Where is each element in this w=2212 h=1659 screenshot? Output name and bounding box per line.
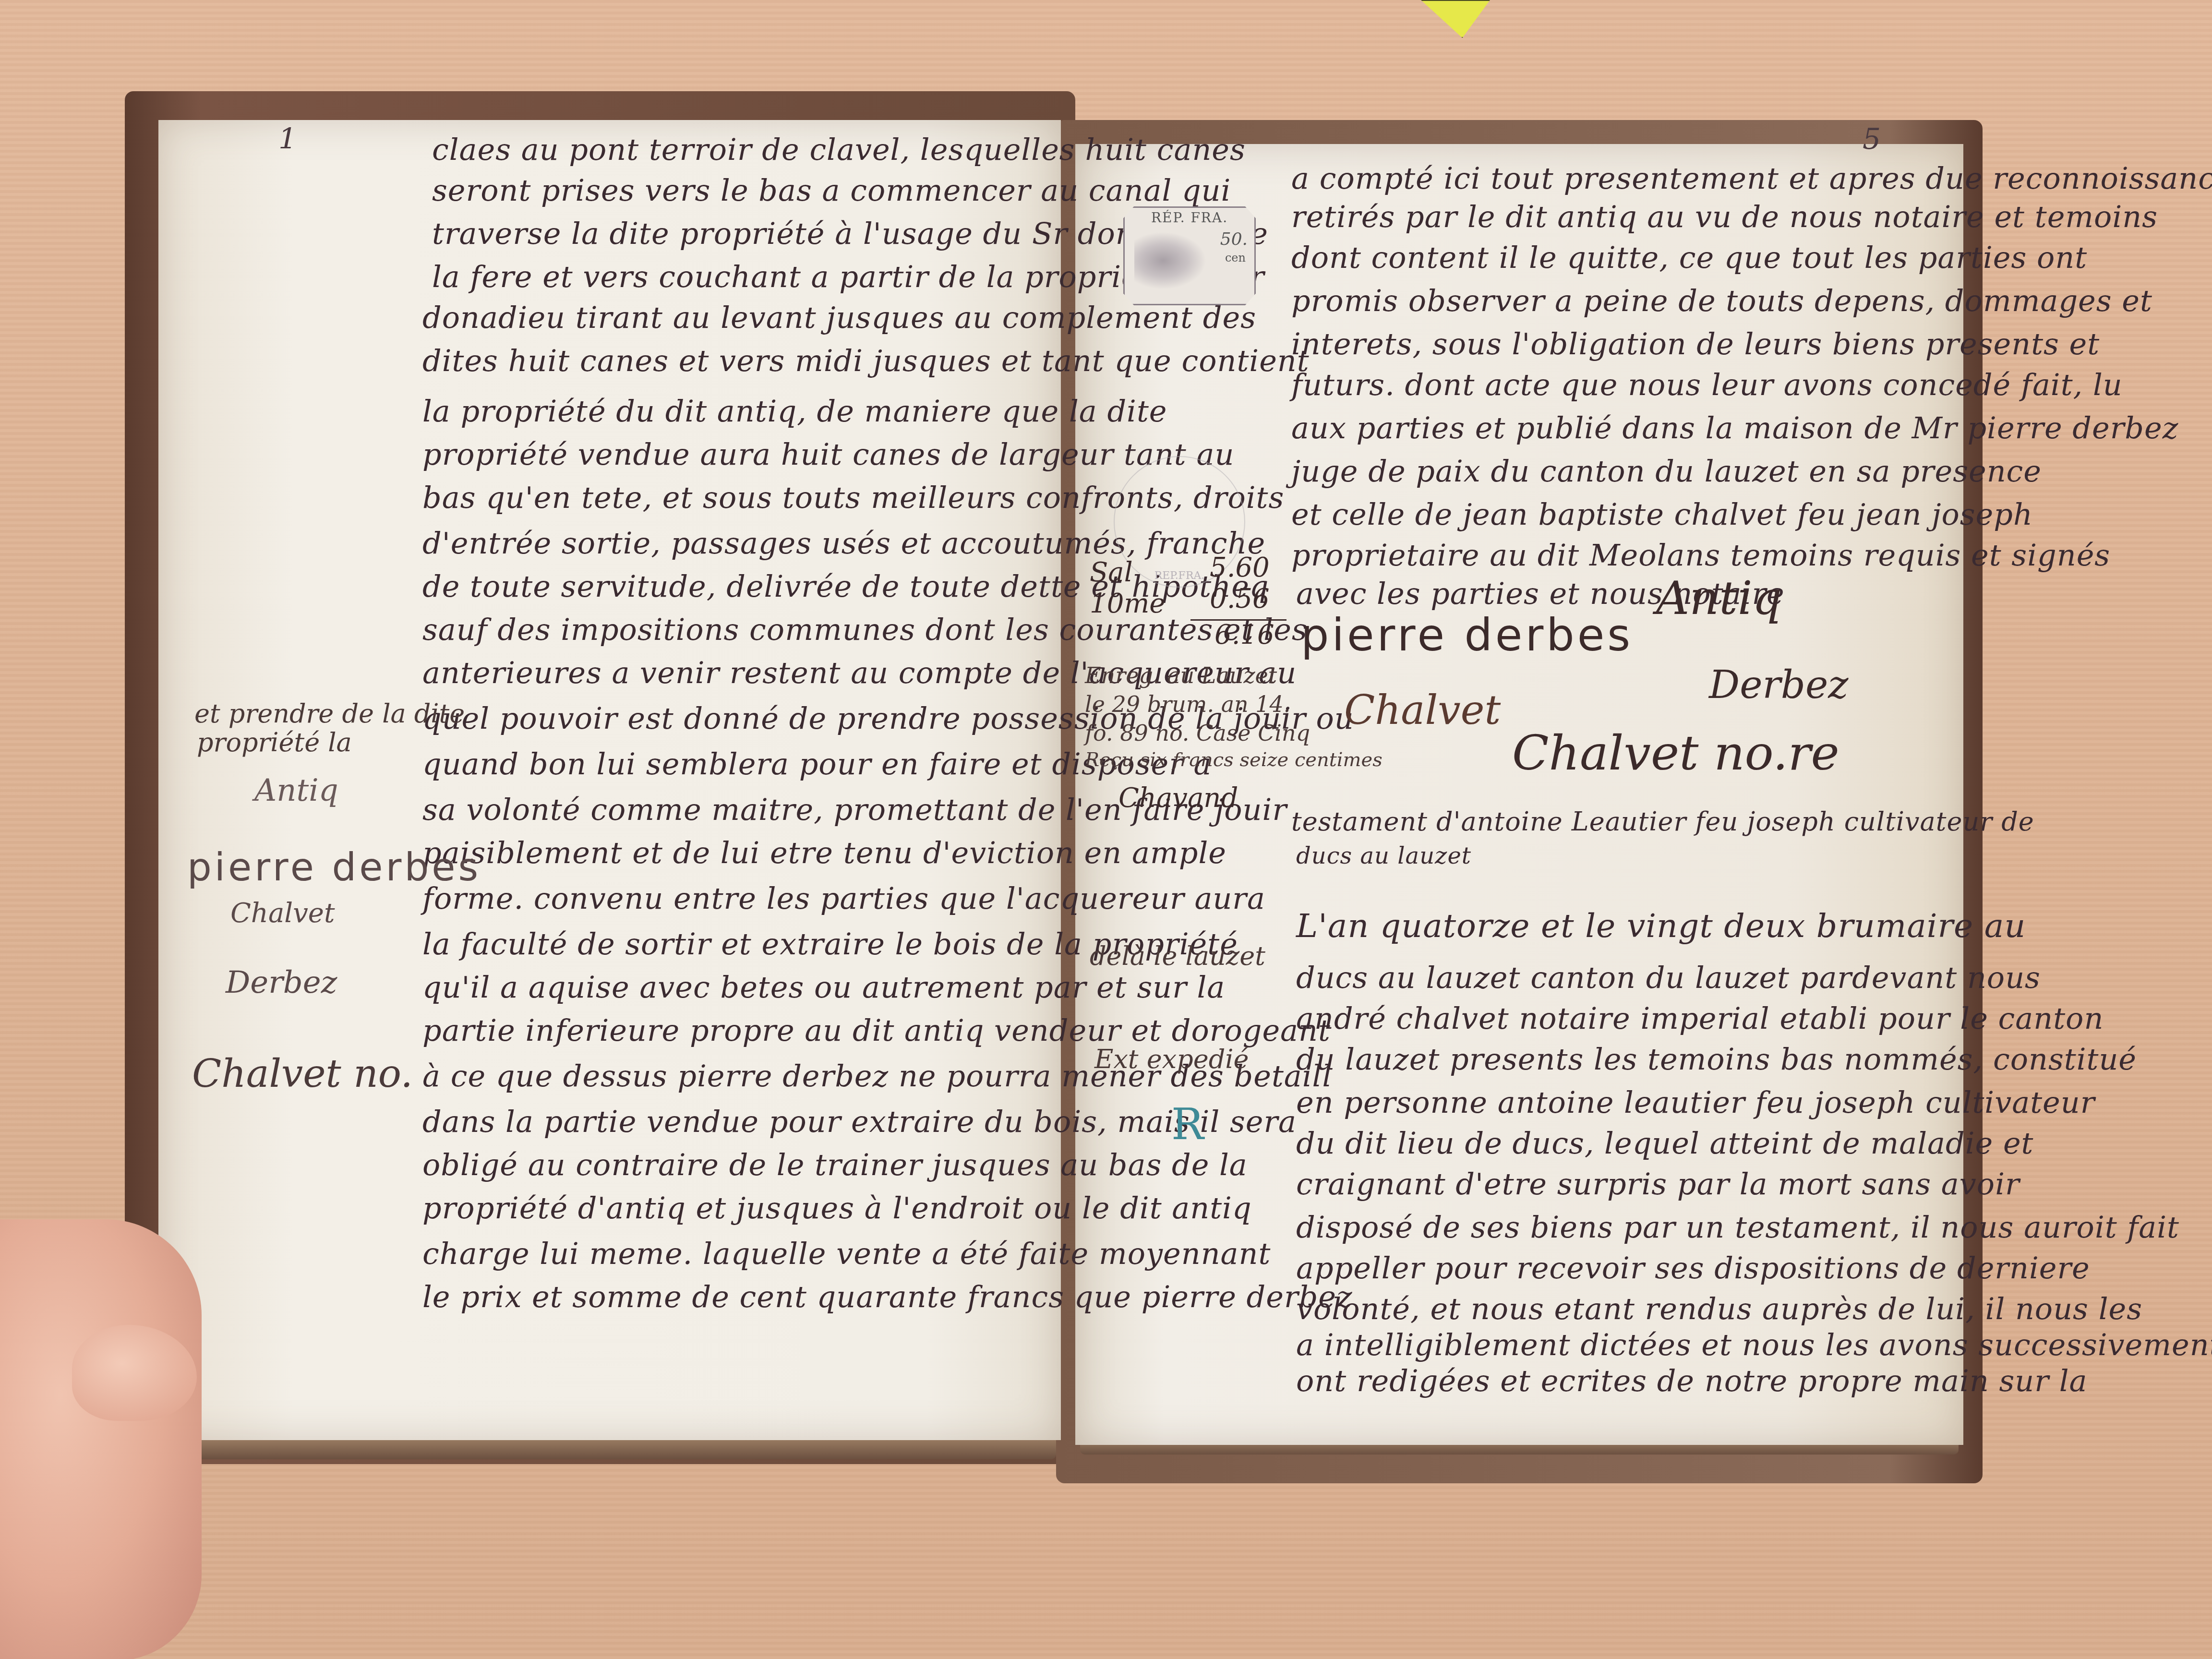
registration-line: Reçu six francs seize centimes: [1085, 749, 1382, 771]
text-line: ducs au lauzet canton du lauzet pardevan…: [1296, 960, 2041, 995]
text-line: la propriété du dit antiq, de maniere qu…: [422, 394, 1167, 429]
text-line: qu'il a aquise avec betes ou autrement p…: [422, 970, 1225, 1005]
registration-line: fo. 89 no. Case Cinq: [1085, 720, 1310, 746]
signature: Chavand: [1118, 782, 1238, 814]
text-line: craignant d'etre surpris par la mort san…: [1296, 1166, 2020, 1202]
fee-label: 10me: [1090, 588, 1166, 619]
tax-stamp: RÉP. FRA. 50. cen: [1123, 206, 1256, 305]
text-line: claes au pont terroir de clavel, lesquel…: [432, 132, 1246, 167]
stamp-unit: cen: [1225, 251, 1246, 264]
margin-note: delà le lauzet: [1090, 941, 1265, 971]
text-line: juge de paix du canton du lauzet en sa p…: [1291, 454, 2042, 489]
fee-value: 5.60: [1210, 552, 1270, 583]
text-line: partie inferieure propre au dit antiq ve…: [422, 1013, 1331, 1048]
margin-note: propriété la: [197, 727, 352, 757]
text-line: donadieu tirant au levant jusques au com…: [422, 300, 1256, 335]
text-line: propriété d'antiq et jusques à l'endroit…: [422, 1190, 1252, 1226]
text-line: ont redigées et ecrites de notre propre …: [1296, 1363, 2087, 1398]
text-line: disposé de ses biens par un testament, i…: [1296, 1210, 2179, 1245]
testament-heading: ducs au lauzet: [1296, 842, 1471, 869]
text-line: sauf des impositions communes dont les c…: [422, 612, 1308, 647]
text-line: dites huit canes et vers midi jusques et…: [422, 343, 1310, 378]
text-line: dans la partie vendue pour extraire du b…: [422, 1104, 1297, 1139]
text-line: charge lui meme. laquelle vente a été fa…: [422, 1236, 1271, 1271]
text-line: seront prises vers le bas a commencer au…: [432, 173, 1231, 208]
text-line: dont content il le quitte, ce que tout l…: [1291, 240, 2087, 275]
fee-label: Sal: [1090, 557, 1133, 588]
signature: pierre derbes: [1301, 610, 1633, 661]
margin-note: et prendre de la dite: [194, 698, 465, 729]
text-line: du dit lieu de ducs, lequel atteint de m…: [1296, 1126, 2034, 1161]
text-line: du lauzet presents les temoins bas nommé…: [1296, 1042, 2137, 1077]
signature: Derbez: [226, 965, 337, 1000]
signature: Chalvet: [230, 898, 335, 929]
text-line: obligé au contraire de le trainer jusque…: [422, 1147, 1248, 1182]
text-line: proprietaire au dit Meolans temoins requ…: [1291, 538, 2110, 573]
text-line: forme. convenu entre les parties que l'a…: [422, 881, 1265, 916]
registration-line: le 29 brum. an 14.: [1085, 691, 1290, 717]
text-line: a intelligiblement dictées et nous les a…: [1296, 1327, 2212, 1362]
text-line: propriété vendue aura huit canes de larg…: [422, 437, 1234, 472]
text-line: en personne antoine leautier feu joseph …: [1296, 1085, 2095, 1120]
text-line: futurs. dont acte que nous leur avons co…: [1291, 367, 2123, 402]
registered-r-stamp: R: [1171, 1099, 1204, 1150]
holding-hand: [0, 1219, 202, 1659]
signature: Chalvet no.: [192, 1051, 413, 1096]
text-line: et celle de jean baptiste chalvet feu je…: [1291, 497, 2033, 532]
fee-value: 0.56: [1210, 583, 1270, 614]
margin-note: Ext expedié: [1094, 1044, 1249, 1074]
text-line: paisiblement et de lui etre tenu d'evict…: [422, 835, 1226, 870]
right-page-number: 5: [1863, 122, 1881, 156]
testament-heading: testament d'antoine Leautier feu joseph …: [1291, 806, 2034, 837]
text-line: appeller pour recevoir ses dispositions …: [1296, 1250, 2090, 1286]
stamp-header: RÉP. FRA.: [1125, 210, 1254, 226]
signature: Antiq: [254, 773, 338, 808]
text-line: promis observer a peine de touts depens,…: [1291, 283, 2152, 318]
text-line: le prix et somme de cent quarante francs…: [422, 1279, 1353, 1314]
signature: Chalvet: [1344, 686, 1501, 733]
fee-total: 6.16: [1214, 619, 1274, 650]
text-line: retirés par le dit antiq au vu de nous n…: [1291, 199, 2158, 234]
signature: pierre derbes: [187, 845, 481, 890]
stamp-value: 50.: [1220, 229, 1248, 249]
text-line: andré chalvet notaire imperial etabli po…: [1296, 1001, 2104, 1036]
signature: Chalvet no.re: [1512, 725, 1839, 781]
text-line: aux parties et publié dans la maison de …: [1291, 410, 2178, 445]
signature: Antiq: [1656, 571, 1782, 625]
text-line: volonté, et nous etant rendus auprès de …: [1296, 1291, 2142, 1326]
registration-line: Enreg. au Lauzet: [1085, 662, 1277, 688]
left-page-number: 1: [278, 122, 297, 156]
stamp-figure-icon: [1134, 232, 1206, 289]
text-line: L'an quatorze et le vingt deux brumaire …: [1296, 907, 2026, 945]
signature: Derbez: [1709, 662, 1848, 707]
text-line: a compté ici tout presentement et apres …: [1291, 161, 2212, 196]
text-line: interets, sous l'obligation de leurs bie…: [1291, 326, 2100, 361]
